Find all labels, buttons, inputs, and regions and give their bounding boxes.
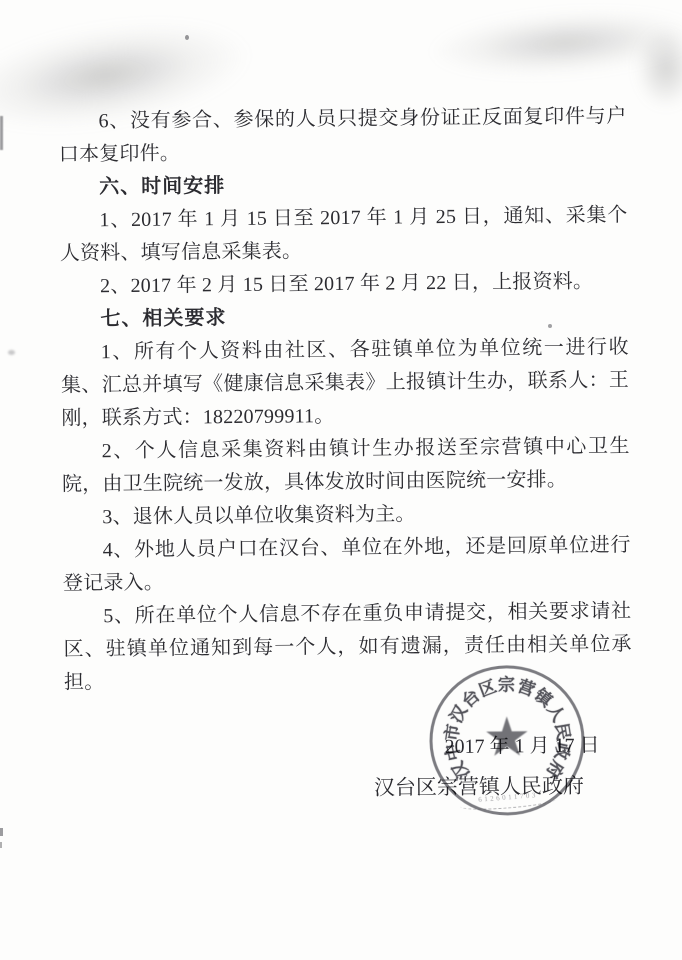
signoff-date: 2017 年 1 月 17 日	[373, 734, 599, 760]
document-content: 6、没有参合、参保的人员只提交身份证正反面复印件与户口本复印件。 六、时间安排 …	[0, 0, 682, 960]
paragraph-item-6: 6、没有参合、参保的人员只提交身份证正反面复印件与户口本复印件。	[58, 100, 627, 171]
section-heading-six: 六、时间安排	[59, 166, 627, 204]
paragraph-schedule-1: 1、2017 年 1 月 15 日至 2017 年 1 月 25 日，通知、采集…	[59, 199, 628, 270]
signoff-block: 2017 年 1 月 17 日 汉台区宗营镇人民政府	[373, 734, 600, 800]
scanned-document-page: 6、没有参合、参保的人员只提交身份证正反面复印件与户口本复印件。 六、时间安排 …	[0, 0, 682, 960]
paragraph-requirement-3: 3、退休人员以单位收集资料为主。	[62, 496, 630, 534]
paragraph-schedule-2: 2、2017 年 2 月 15 日至 2017 年 2 月 22 日，上报资料。	[60, 265, 628, 303]
paragraph-requirement-4: 4、外地人员户口在汉台、单位在外地，还是回原单位进行登记录入。	[63, 529, 632, 600]
signoff-org: 汉台区宗营镇人民政府	[374, 774, 584, 800]
paragraph-requirement-2: 2、个人信息采集资料由镇计生办报送至宗营镇中心卫生院，由卫生院统一发放，具体发放…	[62, 430, 631, 501]
document-body: 6、没有参合、参保的人员只提交身份证正反面复印件与户口本复印件。 六、时间安排 …	[58, 100, 632, 699]
scan-edge-mark	[0, 842, 2, 848]
paragraph-requirement-1: 1、所有个人资料由社区、各驻镇单位为单位统一进行收集、汇总并填写《健康信息采集表…	[61, 331, 630, 435]
section-heading-seven: 七、相关要求	[60, 298, 628, 336]
